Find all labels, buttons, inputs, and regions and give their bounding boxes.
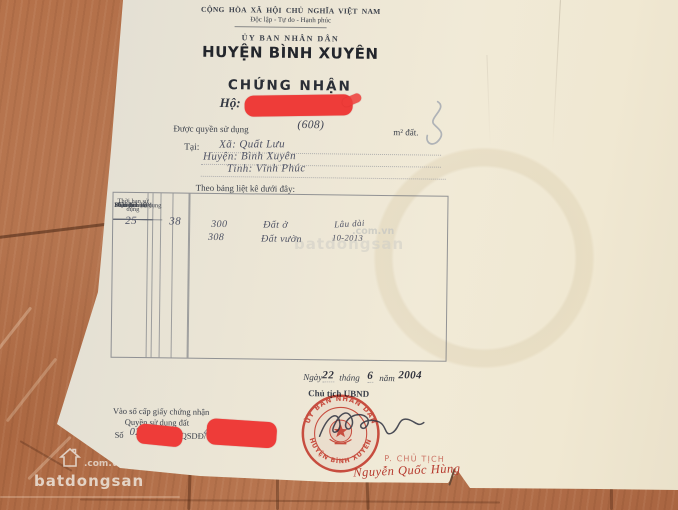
cell-purpose-1: Đất ở [263, 220, 288, 231]
land-parcel-table: Số tờ bản đồ Số thửa Diện tích (m²) Mục … [111, 192, 449, 362]
cell-purpose-2: Đất vườn [261, 234, 302, 245]
location-commune: Xã: Quất Lưu [219, 138, 285, 150]
signature-ink [313, 406, 429, 449]
motto-underline [235, 26, 327, 28]
pen-scribble [417, 97, 452, 155]
dotted-line [201, 176, 446, 180]
redaction-mark-registry-1 [136, 423, 184, 447]
document-content: CỘNG HÒA XÃ HỘI CHỦ NGHĨA VIỆT NAM Độc l… [0, 0, 678, 510]
grant-suffix: m² đất. [393, 127, 418, 137]
date-day-label: Ngày [303, 372, 322, 382]
cell-term-2: 10-2013 [332, 232, 363, 242]
date-month-value: 6 [367, 370, 373, 383]
date-year-label: năm [379, 373, 395, 383]
registry-code: QSDĐ/ [181, 431, 207, 441]
location-district: Huyện: Bình Xuyên [203, 150, 296, 162]
registry-number-label: Số [115, 430, 124, 440]
cell-area-1: 300 [211, 219, 227, 230]
document-title: CHỨNG NHẬN [180, 77, 400, 96]
grant-prefix: Được quyền sử dụng [173, 123, 248, 134]
cell-term-1: Lâu dài [334, 218, 365, 230]
location-province: Tỉnh: Vĩnh Phúc [227, 162, 306, 174]
date-day-value: 22 [322, 369, 334, 382]
issuer-district: HUYỆN BÌNH XUYÊN [180, 43, 400, 64]
redaction-mark-registry-2 [206, 418, 278, 448]
cell-area-2: 308 [208, 232, 224, 243]
date-year-value: 2004 [398, 369, 422, 381]
deputy-name-signed: Nguyễn Quốc Hùng [353, 461, 461, 480]
date-month-label: tháng [339, 372, 360, 382]
photo-scene: .com.vn batdongsan .com.vn batdongsan CỘ… [0, 0, 678, 510]
registry-line1: Vào sổ cấp giấy chứng nhận [113, 406, 210, 417]
location-label: Tại: [184, 143, 199, 153]
cell-parcel-no: 38 [169, 215, 181, 227]
national-motto-line2: Độc lập - Tự do - Hạnh phúc [181, 15, 401, 26]
redaction-mark-holder [245, 94, 353, 117]
holder-label: Hộ: [220, 95, 241, 111]
grant-area-value: (608) [297, 119, 324, 131]
cell-map-sheet: 25 [125, 215, 137, 227]
